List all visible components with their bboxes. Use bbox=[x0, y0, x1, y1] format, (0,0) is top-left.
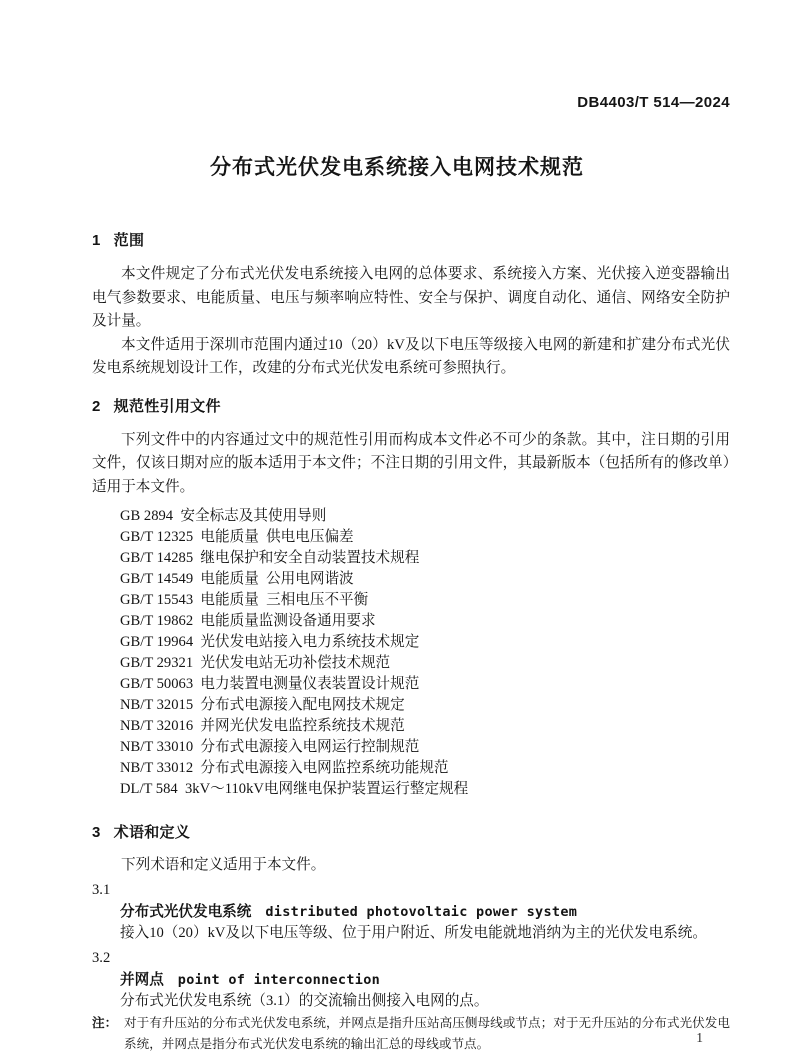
section-2-heading: 2规范性引用文件 bbox=[92, 396, 730, 417]
section-1-number: 1 bbox=[92, 232, 101, 249]
section-normative-references: 2规范性引用文件 下列文件中的内容通过文中的规范性引用而构成本文件必不可少的条款… bbox=[92, 396, 730, 801]
section-2-title: 规范性引用文件 bbox=[114, 398, 221, 415]
terms-intro: 下列术语和定义适用于本文件。 bbox=[92, 855, 730, 876]
reference-item: NB/T 32016 并网光伏发电监控系统技术规范 bbox=[120, 716, 730, 737]
term-chinese: 并网点 bbox=[120, 972, 164, 988]
term-entry-3-1: 3.1 分布式光伏发电系统distributed photovoltaic po… bbox=[92, 880, 730, 944]
term-english: distributed photovoltaic power system bbox=[265, 904, 577, 920]
term-definition: 分布式光伏发电系统（3.1）的交流输出侧接入电网的点。 bbox=[92, 991, 730, 1012]
term-heading: 并网点point of interconnection bbox=[92, 969, 730, 991]
term-note: 注：对于有升压站的分布式光伏发电系统，并网点是指升压站高压侧母线或节点；对于无升… bbox=[92, 1013, 730, 1054]
scope-paragraph-1: 本文件规定了分布式光伏发电系统接入电网的总体要求、系统接入方案、光伏接入逆变器输… bbox=[92, 263, 730, 334]
term-entry-3-2: 3.2 并网点point of interconnection 分布式光伏发电系… bbox=[92, 948, 730, 1054]
standard-number: DB4403/T 514—2024 bbox=[92, 94, 730, 112]
term-heading: 分布式光伏发电系统distributed photovoltaic power … bbox=[92, 901, 730, 923]
scope-paragraph-2: 本文件适用于深圳市范围内通过10（20）kV及以下电压等级接入电网的新建和扩建分… bbox=[92, 334, 730, 381]
term-number: 3.2 bbox=[92, 948, 730, 969]
reference-item: GB/T 50063 电力装置电测量仪表装置设计规范 bbox=[120, 674, 730, 695]
section-3-number: 3 bbox=[92, 824, 101, 841]
note-text: 对于有升压站的分布式光伏发电系统，并网点是指升压站高压侧母线或节点；对于无升压站… bbox=[124, 1016, 730, 1051]
section-3-heading: 3术语和定义 bbox=[92, 822, 730, 843]
section-scope: 1范围 本文件规定了分布式光伏发电系统接入电网的总体要求、系统接入方案、光伏接入… bbox=[92, 230, 730, 381]
term-definition: 接入10（20）kV及以下电压等级、位于用户附近、所发电能就地消纳为主的光伏发电… bbox=[92, 923, 730, 944]
document-page: DB4403/T 514—2024 分布式光伏发电系统接入电网技术规范 1范围 … bbox=[0, 0, 794, 1063]
reference-item: GB/T 12325 电能质量 供电电压偏差 bbox=[120, 527, 730, 548]
reference-item: GB/T 15543 电能质量 三相电压不平衡 bbox=[120, 590, 730, 611]
reference-item: GB/T 19862 电能质量监测设备通用要求 bbox=[120, 611, 730, 632]
section-2-number: 2 bbox=[92, 398, 101, 415]
section-terms-and-definitions: 3术语和定义 下列术语和定义适用于本文件。 3.1 分布式光伏发电系统distr… bbox=[92, 822, 730, 1054]
reference-item: GB/T 29321 光伏发电站无功补偿技术规范 bbox=[120, 653, 730, 674]
reference-item: GB/T 14549 电能质量 公用电网谐波 bbox=[120, 569, 730, 590]
section-1-heading: 1范围 bbox=[92, 230, 730, 251]
page-number: 1 bbox=[696, 1030, 703, 1046]
document-title: 分布式光伏发电系统接入电网技术规范 bbox=[0, 153, 794, 183]
section-3-title: 术语和定义 bbox=[114, 824, 191, 841]
reference-item: NB/T 33010 分布式电源接入电网运行控制规范 bbox=[120, 737, 730, 758]
reference-list: GB 2894 安全标志及其使用导则 GB/T 12325 电能质量 供电电压偏… bbox=[92, 506, 730, 800]
term-number: 3.1 bbox=[92, 880, 730, 901]
term-english: point of interconnection bbox=[178, 972, 380, 988]
reference-item: NB/T 33012 分布式电源接入电网监控系统功能规范 bbox=[120, 758, 730, 779]
reference-item: GB/T 19964 光伏发电站接入电力系统技术规定 bbox=[120, 632, 730, 653]
note-label: 注： bbox=[92, 1013, 124, 1034]
reference-item: DL/T 584 3kV～110kV电网继电保护装置运行整定规程 bbox=[120, 779, 730, 800]
term-chinese: 分布式光伏发电系统 bbox=[120, 904, 251, 920]
references-intro: 下列文件中的内容通过文中的规范性引用而构成本文件必不可少的条款。其中，注日期的引… bbox=[92, 429, 730, 500]
section-1-title: 范围 bbox=[114, 232, 145, 249]
reference-item: GB/T 14285 继电保护和安全自动装置技术规程 bbox=[120, 548, 730, 569]
reference-item: NB/T 32015 分布式电源接入配电网技术规定 bbox=[120, 695, 730, 716]
reference-item: GB 2894 安全标志及其使用导则 bbox=[120, 506, 730, 527]
